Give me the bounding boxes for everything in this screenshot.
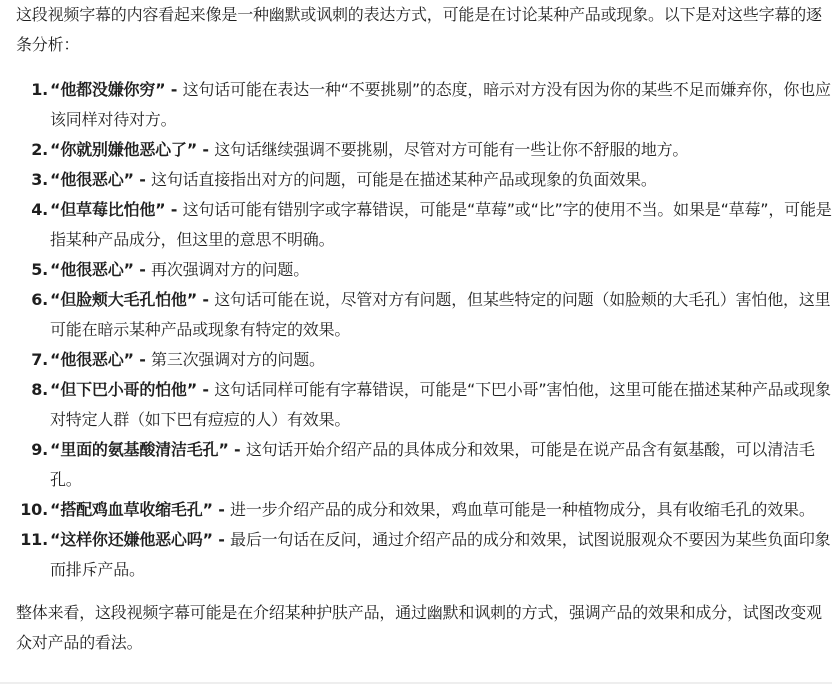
- item-separator: -: [213, 530, 230, 549]
- item-number: 5.: [16, 255, 48, 285]
- item-number: 11.: [16, 525, 48, 555]
- list-item: 3.“他很恶心” - 这句话直接指出对方的问题，可能是在描述某种产品或现象的负面…: [16, 165, 832, 195]
- item-number: 4.: [16, 195, 48, 225]
- item-separator: -: [197, 140, 214, 159]
- item-explanation: 再次强调对方的问题。: [151, 260, 309, 279]
- item-quote: “但脸颊大毛孔怕他”: [50, 290, 197, 309]
- list-item: 4.“但草莓比怕他” - 这句话可能有错别字或字幕错误，可能是“草莓”或“比”字…: [16, 195, 832, 255]
- item-separator: -: [165, 200, 182, 219]
- item-quote: “这样你还嫌他恶心吗”: [50, 530, 213, 549]
- list-item: 5.“他很恶心” - 再次强调对方的问题。: [16, 255, 832, 285]
- item-number: 1.: [16, 75, 48, 105]
- item-number: 10.: [16, 495, 48, 525]
- item-separator: -: [134, 170, 151, 189]
- item-number: 7.: [16, 345, 48, 375]
- item-number: 8.: [16, 375, 48, 405]
- list-item: 2.“你就别嫌他恶心了” - 这句话继续强调不要挑剔，尽管对方可能有一些让你不舒…: [16, 135, 832, 165]
- item-separator: -: [165, 80, 182, 99]
- item-number: 2.: [16, 135, 48, 165]
- item-quote: “他很恶心”: [50, 170, 134, 189]
- item-explanation: 这句话继续强调不要挑剔，尽管对方可能有一些让你不舒服的地方。: [214, 140, 688, 159]
- item-separator: -: [134, 260, 151, 279]
- list-item: 6.“但脸颊大毛孔怕他” - 这句话可能在说，尽管对方有问题，但某些特定的问题（…: [16, 285, 832, 345]
- item-quote: “但下巴小哥的怕他”: [50, 380, 197, 399]
- item-separator: -: [229, 440, 246, 459]
- item-separator: -: [134, 350, 151, 369]
- intro-paragraph: 这段视频字幕的内容看起来像是一种幽默或讽刺的表达方式，可能是在讨论某种产品或现象…: [16, 0, 832, 60]
- list-item: 9.“里面的氨基酸清洁毛孔” - 这句话开始介绍产品的具体成分和效果，可能是在说…: [16, 435, 832, 495]
- list-item: 8.“但下巴小哥的怕他” - 这句话同样可能有字幕错误，可能是“下巴小哥”害怕他…: [16, 375, 832, 435]
- item-quote: “搭配鸡血草收缩毛孔”: [50, 500, 213, 519]
- item-number: 3.: [16, 165, 48, 195]
- item-quote: “他很恶心”: [50, 350, 134, 369]
- item-separator: -: [197, 380, 214, 399]
- item-quote: “你就别嫌他恶心了”: [50, 140, 197, 159]
- list-item: 11.“这样你还嫌他恶心吗” - 最后一句话在反问，通过介绍产品的成分和效果，试…: [16, 525, 832, 585]
- subtitle-analysis-list: 1.“他都没嫌你穷” - 这句话可能在表达一种“不要挑剔”的态度，暗示对方没有因…: [16, 75, 832, 585]
- item-quote: “但草莓比怕他”: [50, 200, 165, 219]
- list-item: 7.“他很恶心” - 第三次强调对方的问题。: [16, 345, 832, 375]
- list-item: 10.“搭配鸡血草收缩毛孔” - 进一步介绍产品的成分和效果，鸡血草可能是一种植…: [16, 495, 832, 525]
- item-number: 9.: [16, 435, 48, 465]
- summary-paragraph: 整体来看，这段视频字幕可能是在介绍某种护肤产品，通过幽默和讽刺的方式，强调产品的…: [16, 598, 832, 658]
- analysis-document: 这段视频字幕的内容看起来像是一种幽默或讽刺的表达方式，可能是在讨论某种产品或现象…: [16, 0, 832, 658]
- item-separator: -: [197, 290, 214, 309]
- list-item: 1.“他都没嫌你穷” - 这句话可能在表达一种“不要挑剔”的态度，暗示对方没有因…: [16, 75, 832, 135]
- item-explanation: 这句话直接指出对方的问题，可能是在描述某种产品或现象的负面效果。: [151, 170, 657, 189]
- item-quote: “他很恶心”: [50, 260, 134, 279]
- item-quote: “他都没嫌你穷”: [50, 80, 165, 99]
- item-separator: -: [213, 500, 230, 519]
- item-quote: “里面的氨基酸清洁毛孔”: [50, 440, 229, 459]
- item-explanation: 第三次强调对方的问题。: [151, 350, 325, 369]
- item-number: 6.: [16, 285, 48, 315]
- item-explanation: 进一步介绍产品的成分和效果，鸡血草可能是一种植物成分，具有收缩毛孔的效果。: [230, 500, 815, 519]
